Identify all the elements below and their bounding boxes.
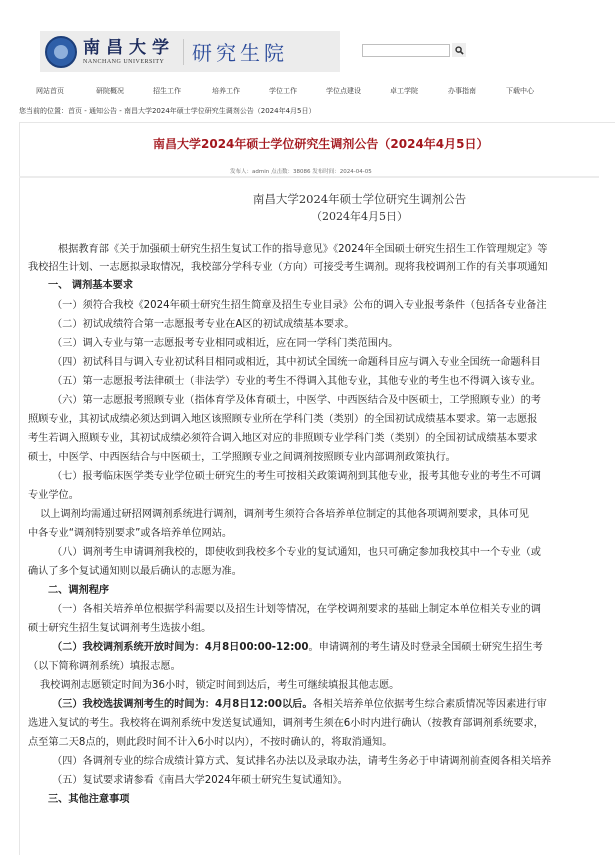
section-heading: 二、调剂程序: [48, 584, 109, 598]
paragraph-line: （六）第一志愿报考照顾专业（指体育学及体育硕士，中医学、中西医结合及中医硕士，工…: [52, 394, 541, 408]
paragraph-line: （三）调入专业与第一志愿报考专业相同或相近，应在同一学科门类范围内。: [52, 337, 398, 351]
paragraph-line: （二）初试成绩符合第一志愿报考专业在A区的初试成绩基本要求。: [52, 318, 354, 332]
bold-text: （二）我校调剂系统开放时间为：4月8日00:00-12:00: [52, 642, 308, 653]
paragraph-line: 中各专业“调剂特别要求”或各培养单位网站。: [28, 527, 232, 541]
paragraph-line: 专业学位。: [28, 489, 79, 503]
paragraph-line: 我校招生计划、一志愿拟录取情况，我校部分学科专业（方向）可接受考生调剂。现将我校…: [28, 261, 548, 275]
paragraph-line: 根据教育部《关于加强硕士研究生招生复试工作的指导意见》《2024年全国硕士研究生…: [58, 243, 547, 257]
paragraph-line: （五）复试要求请参看《南昌大学2024年硕士研究生复试通知》。: [52, 774, 348, 788]
bold-text: （三）我校选拔调剂考生的时间为：4月8日12:00以后。: [52, 699, 313, 710]
paragraph-line: （一）各相关培养单位根据学科需要以及招生计划等情况，在学校调剂要求的基础上制定本…: [52, 603, 541, 617]
paragraph-line: （七）报考临床医学类专业学位硕士研究生的考生可按相关政策调剂到其他专业，报考其他…: [52, 470, 541, 484]
section-heading: 三、其他注意事项: [48, 793, 130, 807]
paragraph-line: 点至第二天8点的，则此段时间不计入6小时以内），不按时确认的，将取消通知。: [28, 736, 392, 750]
paragraph-line: （以下简称调剂系统）填报志愿。: [28, 660, 181, 674]
paragraph-line: （三）我校选拔调剂考生的时间为：4月8日12:00以后。各相关培养单位依据考生综…: [52, 698, 547, 712]
article-body: 根据教育部《关于加强硕士研究生招生复试工作的指导意见》《2024年全国硕士研究生…: [0, 0, 615, 855]
line-text: 。申请调剂的考生请及时登录全国硕士研究生招生考: [308, 642, 542, 653]
paragraph-line: 我校调剂志愿锁定时间为36小时，锁定时间到达后，考生可继续填报其他志愿。: [40, 679, 399, 693]
paragraph-line: 硕士，中医学、中西医结合与中医硕士，工学照顾专业之间调剂按照顾专业内部调剂政策执…: [28, 451, 456, 465]
section-heading: 一、 调剂基本要求: [48, 279, 133, 293]
line-text: 各相关培养单位依据考生综合素质情况等因素进行审: [313, 699, 547, 710]
paragraph-line: 以上调剂均需通过研招网调剂系统进行调剂，调剂考生须符合各培养单位制定的其他各项调…: [40, 508, 529, 522]
paragraph-line: 照顾专业，其初试成绩必须达到调入地区该照顾专业所在学科门类（类别）的全国初试成绩…: [28, 413, 537, 427]
paragraph-line: （二）我校调剂系统开放时间为：4月8日00:00-12:00。申请调剂的考生请及…: [52, 641, 543, 655]
paragraph-line: （一）须符合我校《2024年硕士研究生招生简章及招生专业目录》公布的调入专业报考…: [52, 299, 547, 313]
paragraph-line: （四）初试科目与调入专业初试科目相同或相近，其中初试全国统一命题科目应与调入专业…: [52, 356, 541, 370]
paragraph-line: （五）第一志愿报考法律硕士（非法学）专业的考生不得调入其他专业，其他专业的考生也…: [52, 375, 541, 389]
paragraph-line: （八）调剂考生申请调剂我校的，即使收到我校多个专业的复试通知，也只可确定参加我校…: [52, 546, 541, 560]
paragraph-line: （四）各调剂专业的综合成绩计算方式、复试排名办法以及录取办法，请考生务必于申请调…: [52, 755, 551, 769]
paragraph-line: 硕士研究生招生复试调剂考生选拔小组。: [28, 622, 211, 636]
paragraph-line: 考生若调入照顾专业，其初试成绩必须符合调入地区对应的非照顾专业学科门类（类别）的…: [28, 432, 537, 446]
paragraph-line: 确认了多个复试通知则以最后确认的志愿为准。: [28, 565, 242, 579]
paragraph-line: 选进入复试的考生。我校将在调剂系统中发送复试通知，调剂考生须在6小时内进行确认（…: [28, 717, 544, 731]
